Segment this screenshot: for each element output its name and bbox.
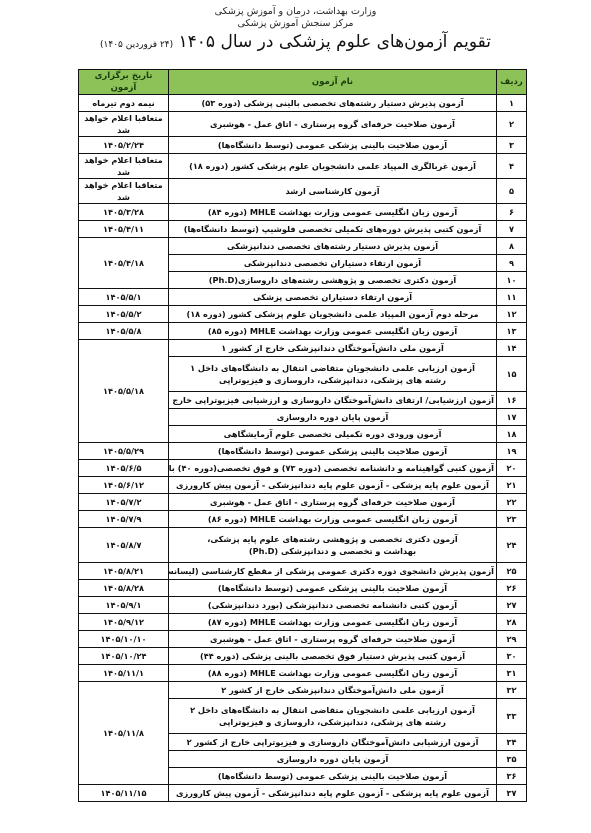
table-row: ۱آزمون پذیرش دستیار رشته‌های تخصصی بالین… bbox=[79, 95, 527, 112]
exam-name: آزمون صلاحیت بالینی پزشکی عمومی (توسط دا… bbox=[169, 137, 497, 154]
exam-name: آزمون ارزشیابی دانش‌آموختگان داروسازی و … bbox=[169, 734, 497, 751]
row-number: ۲۱ bbox=[497, 477, 527, 494]
row-number: ۷ bbox=[497, 221, 527, 238]
exam-date: ۱۴۰۵/۷/۹ bbox=[79, 511, 169, 528]
exam-date: ۱۴۰۵/۳/۲۸ bbox=[79, 204, 169, 221]
row-number: ۱۸ bbox=[497, 426, 527, 443]
table-row: ۲۹آزمون صلاحیت حرفه‌ای گروه پرستاری - ات… bbox=[79, 631, 527, 648]
exam-name-line1: آزمون پایان دوره داروسازی bbox=[277, 412, 389, 422]
exam-date: ۱۴۰۵/۸/۲۸ bbox=[79, 580, 169, 597]
exam-date: ۱۴۰۵/۱۱/۱ bbox=[79, 665, 169, 682]
exam-name-line1: آزمون زبان انگلیسی عمومی وزارت بهداشت MH… bbox=[208, 207, 457, 217]
row-number: ۹ bbox=[497, 255, 527, 272]
exam-date: ۱۴۰۵/۴/۱۸ bbox=[79, 238, 169, 289]
row-number: ۱۳ bbox=[497, 323, 527, 340]
exam-name-line1: آزمون کتبی پذیرش دستیار فوق تخصصی بالینی… bbox=[200, 651, 465, 661]
exam-name-line1: آزمون غربالگری المپیاد علمی دانشجویان عل… bbox=[189, 161, 476, 171]
row-number: ۳۳ bbox=[497, 699, 527, 734]
exam-name-line1: آزمون کتبی دانشنامه تخصصی دندانپزشکی (بو… bbox=[208, 600, 457, 610]
table-row: ۲۷آزمون کتبی دانشنامه تخصصی دندانپزشکی (… bbox=[79, 597, 527, 614]
exam-name-line1: آزمون ارزشیابی/ ارتقای دانش‌آموختگان دار… bbox=[169, 395, 495, 405]
table-row: ۸آزمون پذیرش دستیار رشته‌های تخصصی دندان… bbox=[79, 238, 527, 255]
exam-date: ۱۴۰۵/۵/۸ bbox=[79, 323, 169, 340]
col-header-date: تاریخ برگزاری آزمون bbox=[79, 70, 169, 95]
table-row: ۳۷آزمون علوم پایه پزشکی - آزمون علوم پای… bbox=[79, 785, 527, 802]
exam-name-line1: آزمون ملی دانش‌آموختگان دندانپزشکی خارج … bbox=[221, 343, 444, 353]
exam-date: ۱۴۰۵/۸/۲۱ bbox=[79, 563, 169, 580]
exam-name-line1: آزمون زبان انگلیسی عمومی وزارت بهداشت MH… bbox=[208, 514, 457, 524]
col-header-num: ردیف bbox=[497, 70, 527, 95]
row-number: ۲۹ bbox=[497, 631, 527, 648]
row-number: ۲۶ bbox=[497, 580, 527, 597]
table-row: ۲۸آزمون زبان انگلیسی عمومی وزارت بهداشت … bbox=[79, 614, 527, 631]
exam-name-line2: بهداشت و تخصصی و دندانپزشکی (Ph.D) bbox=[171, 545, 494, 557]
title-text: تقویم آزمون‌های علوم پزشکی در سال ۱۴۰۵ bbox=[179, 32, 491, 52]
table-row: ۱۱آزمون ارتقاء دستیاران تخصصی پزشکی۱۴۰۵/… bbox=[79, 289, 527, 306]
exam-name-line2: رشته های پزشکی، دندانپزشکی، داروسازی و ف… bbox=[171, 374, 494, 386]
exam-name: آزمون زبان انگلیسی عمومی وزارت بهداشت MH… bbox=[169, 511, 497, 528]
exam-name-line2: رشته های پزشکی، دندانپزشکی، داروسازی و ف… bbox=[171, 716, 494, 728]
table-row: ۵آزمون کارشناسی ارشدمتعاقبا اعلام خواهد … bbox=[79, 179, 527, 204]
table-row: ۱۳آزمون زبان انگلیسی عمومی وزارت بهداشت … bbox=[79, 323, 527, 340]
exam-name-line1: آزمون دکتری تخصصی و پژوهشی رشته‌های دارو… bbox=[209, 275, 456, 285]
exam-name-line1: آزمون ارتقاء دستیاران تخصصی پزشکی bbox=[253, 292, 412, 302]
exam-date: ۱۴۰۵/۵/۱ bbox=[79, 289, 169, 306]
exam-date: ۱۴۰۵/۶/۵ bbox=[79, 460, 169, 477]
table-row: ۲۵آزمون پذیرش دانشجوی دوره دکتری عمومی پ… bbox=[79, 563, 527, 580]
table-row: ۲۳آزمون زبان انگلیسی عمومی وزارت بهداشت … bbox=[79, 511, 527, 528]
exam-date: ۱۴۰۵/۵/۲ bbox=[79, 306, 169, 323]
table-row: ۳۱آزمون زبان انگلیسی عمومی وزارت بهداشت … bbox=[79, 665, 527, 682]
exam-name-line1: آزمون ارزیابی علمی دانشجویان متقاضی انتق… bbox=[190, 363, 475, 373]
exam-name-line1: آزمون صلاحیت حرفه‌ای گروه پرستاری - اتاق… bbox=[210, 497, 455, 507]
exam-name-line1: آزمون صلاحیت بالینی پزشکی عمومی (توسط دا… bbox=[218, 771, 447, 781]
exam-name: آزمون زبان انگلیسی عمومی وزارت بهداشت MH… bbox=[169, 665, 497, 682]
table-row: ۲۱آزمون علوم پایه پزشکی - آزمون علوم پای… bbox=[79, 477, 527, 494]
row-number: ۴ bbox=[497, 154, 527, 179]
title-date: (۲۴ فروردین ۱۴۰۵) bbox=[100, 40, 173, 50]
exam-date: ۱۴۰۵/۸/۷ bbox=[79, 528, 169, 563]
exam-date: ۱۴۰۵/۵/۲۹ bbox=[79, 443, 169, 460]
table-header-row: ردیف نام آزمون تاریخ برگزاری آزمون bbox=[79, 70, 527, 95]
exam-name: آزمون زبان انگلیسی عمومی وزارت بهداشت MH… bbox=[169, 323, 497, 340]
table-row: ۱۲مرحله دوم آزمون المپیاد علمی دانشجویان… bbox=[79, 306, 527, 323]
exam-name-line1: آزمون ارتقاء دستیاران تخصصی دندانپزشکی bbox=[244, 258, 421, 268]
exam-date: ۱۴۰۵/۱۰/۲۴ bbox=[79, 648, 169, 665]
row-number: ۳۱ bbox=[497, 665, 527, 682]
row-number: ۱۲ bbox=[497, 306, 527, 323]
exam-name: آزمون کتبی دانشنامه تخصصی دندانپزشکی (بو… bbox=[169, 597, 497, 614]
exam-name: آزمون علوم پایه پزشکی - آزمون علوم پایه … bbox=[169, 785, 497, 802]
exam-name-line1: آزمون ارزیابی علمی دانشجویان متقاضی انتق… bbox=[190, 705, 475, 715]
row-number: ۳۰ bbox=[497, 648, 527, 665]
table-row: ۳۲آزمون ملی دانش‌آموختگان دندانپزشکی خار… bbox=[79, 682, 527, 699]
row-number: ۳۲ bbox=[497, 682, 527, 699]
exam-name: آزمون صلاحیت حرفه‌ای گروه پرستاری - اتاق… bbox=[169, 631, 497, 648]
exam-name-line1: آزمون دکتری تخصصی و پژوهشی رشته‌های علوم… bbox=[207, 534, 457, 544]
row-number: ۲۳ bbox=[497, 511, 527, 528]
exam-name: آزمون صلاحیت حرفه‌ای گروه پرستاری - اتاق… bbox=[169, 494, 497, 511]
exam-name: آزمون ملی دانش‌آموختگان دندانپزشکی خارج … bbox=[169, 682, 497, 699]
exam-name: آزمون ارتقاء دستیاران تخصصی پزشکی bbox=[169, 289, 497, 306]
exam-name: آزمون صلاحیت حرفه‌ای گروه پرستاری - اتاق… bbox=[169, 112, 497, 137]
table-row: ۲۴آزمون دکتری تخصصی و پژوهشی رشته‌های عل… bbox=[79, 528, 527, 563]
exam-calendar-table: ردیف نام آزمون تاریخ برگزاری آزمون ۱آزمو… bbox=[78, 69, 527, 802]
exam-date: ۱۴۰۵/۴/۱۱ bbox=[79, 221, 169, 238]
exam-name: آزمون پایان دوره داروسازی bbox=[169, 409, 497, 426]
row-number: ۶ bbox=[497, 204, 527, 221]
row-number: ۳۵ bbox=[497, 751, 527, 768]
table-row: ۶آزمون زبان انگلیسی عمومی وزارت بهداشت M… bbox=[79, 204, 527, 221]
row-number: ۱۵ bbox=[497, 357, 527, 392]
exam-name: آزمون ارزیابی علمی دانشجویان متقاضی انتق… bbox=[169, 357, 497, 392]
table-row: ۴آزمون غربالگری المپیاد علمی دانشجویان ع… bbox=[79, 154, 527, 179]
exam-name: آزمون کتبی گواهینامه و دانشنامه تخصصی (د… bbox=[169, 460, 497, 477]
row-number: ۱۰ bbox=[497, 272, 527, 289]
exam-name: آزمون ملی دانش‌آموختگان دندانپزشکی خارج … bbox=[169, 340, 497, 357]
row-number: ۳۴ bbox=[497, 734, 527, 751]
exam-name: آزمون زبان انگلیسی عمومی وزارت بهداشت MH… bbox=[169, 614, 497, 631]
row-number: ۵ bbox=[497, 179, 527, 204]
exam-date: ۱۴۰۵/۹/۱۲ bbox=[79, 614, 169, 631]
exam-name-line1: آزمون ورودی دوره تکمیلی تخصصی علوم آزمای… bbox=[224, 429, 442, 439]
exam-name-line1: آزمون پذیرش دستیار رشته‌های تخصصی بالینی… bbox=[201, 98, 463, 108]
table-row: ۱۴آزمون ملی دانش‌آموختگان دندانپزشکی خار… bbox=[79, 340, 527, 357]
exam-date: ۱۴۰۵/۱۱/۸ bbox=[79, 682, 169, 785]
exam-name: آزمون صلاحیت بالینی پزشکی عمومی (توسط دا… bbox=[169, 443, 497, 460]
row-number: ۳۷ bbox=[497, 785, 527, 802]
row-number: ۱۷ bbox=[497, 409, 527, 426]
row-number: ۲۸ bbox=[497, 614, 527, 631]
exam-name: آزمون پذیرش دانشجوی دوره دکتری عمومی پزش… bbox=[169, 563, 497, 580]
exam-name-line1: آزمون صلاحیت بالینی پزشکی عمومی (توسط دا… bbox=[218, 583, 447, 593]
exam-name-line1: آزمون پایان دوره داروسازی bbox=[277, 754, 389, 764]
exam-name-line1: آزمون پذیرش دانشجوی دوره دکتری عمومی پزش… bbox=[169, 566, 495, 576]
row-number: ۳ bbox=[497, 137, 527, 154]
row-number: ۳۶ bbox=[497, 768, 527, 785]
exam-name-line1: آزمون صلاحیت حرفه‌ای گروه پرستاری - اتاق… bbox=[210, 634, 455, 644]
exam-date: متعاقبا اعلام خواهد شد bbox=[79, 179, 169, 204]
exam-name-line1: آزمون صلاحیت بالینی پزشکی عمومی (توسط دا… bbox=[218, 140, 447, 150]
row-number: ۲ bbox=[497, 112, 527, 137]
exam-date: ۱۴۰۵/۵/۱۸ bbox=[79, 340, 169, 443]
exam-date: ۱۴۰۵/۶/۱۲ bbox=[79, 477, 169, 494]
exam-name: آزمون کتبی پذیرش دوره‌های تکمیلی تخصصی ف… bbox=[169, 221, 497, 238]
row-number: ۲۰ bbox=[497, 460, 527, 477]
exam-name: آزمون پذیرش دستیار رشته‌های تخصصی بالینی… bbox=[169, 95, 497, 112]
row-number: ۲۵ bbox=[497, 563, 527, 580]
exam-date: ۱۴۰۵/۱۰/۱۰ bbox=[79, 631, 169, 648]
exam-name-line1: آزمون علوم پایه پزشکی - آزمون علوم پایه … bbox=[176, 480, 489, 490]
exam-name: آزمون پایان دوره داروسازی bbox=[169, 751, 497, 768]
exam-name: آزمون پذیرش دستیار رشته‌های تخصصی دندانپ… bbox=[169, 238, 497, 255]
center-name: مرکز سنجش آموزش پزشکی bbox=[0, 18, 591, 30]
exam-date: ۱۴۰۵/۷/۲ bbox=[79, 494, 169, 511]
exam-name: آزمون ارزشیابی/ ارتقای دانش‌آموختگان دار… bbox=[169, 392, 497, 409]
table-row: ۲۲آزمون صلاحیت حرفه‌ای گروه پرستاری - ات… bbox=[79, 494, 527, 511]
table-row: ۳۰آزمون کتبی پذیرش دستیار فوق تخصصی بالی… bbox=[79, 648, 527, 665]
ministry-name: وزارت بهداشت، درمان و آموزش پزشکی bbox=[0, 6, 591, 18]
row-number: ۱ bbox=[497, 95, 527, 112]
exam-date: متعاقبا اعلام خواهد شد bbox=[79, 154, 169, 179]
exam-name-line1: آزمون زبان انگلیسی عمومی وزارت بهداشت MH… bbox=[208, 668, 457, 678]
exam-name: آزمون دکتری تخصصی و پژوهشی رشته‌های دارو… bbox=[169, 272, 497, 289]
exam-name: آزمون ارزیابی علمی دانشجویان متقاضی انتق… bbox=[169, 699, 497, 734]
document-header: وزارت بهداشت، درمان و آموزش پزشکی مرکز س… bbox=[0, 6, 591, 56]
exam-name: آزمون صلاحیت بالینی پزشکی عمومی (توسط دا… bbox=[169, 580, 497, 597]
exam-name: آزمون ارتقاء دستیاران تخصصی دندانپزشکی bbox=[169, 255, 497, 272]
exam-name: آزمون غربالگری المپیاد علمی دانشجویان عل… bbox=[169, 154, 497, 179]
exam-name: مرحله دوم آزمون المپیاد علمی دانشجویان ع… bbox=[169, 306, 497, 323]
exam-date: نیمه دوم تیرماه bbox=[79, 95, 169, 112]
exam-name-line1: آزمون پذیرش دستیار رشته‌های تخصصی دندانپ… bbox=[227, 241, 438, 251]
exam-name: آزمون ورودی دوره تکمیلی تخصصی علوم آزمای… bbox=[169, 426, 497, 443]
exam-date: متعاقبا اعلام خواهد شد bbox=[79, 112, 169, 137]
row-number: ۱۹ bbox=[497, 443, 527, 460]
exam-date: ۱۴۰۵/۱۱/۱۵ bbox=[79, 785, 169, 802]
exam-name-line1: مرحله دوم آزمون المپیاد علمی دانشجویان ع… bbox=[186, 309, 478, 319]
page-title: تقویم آزمون‌های علوم پزشکی در سال ۱۴۰۵ (… bbox=[0, 31, 591, 56]
row-number: ۱۴ bbox=[497, 340, 527, 357]
exam-date: ۱۴۰۵/۲/۲۴ bbox=[79, 137, 169, 154]
exam-name: آزمون کتبی پذیرش دستیار فوق تخصصی بالینی… bbox=[169, 648, 497, 665]
table-row: ۲۰آزمون کتبی گواهینامه و دانشنامه تخصصی … bbox=[79, 460, 527, 477]
exam-name-line1: آزمون کتبی پذیرش دوره‌های تکمیلی تخصصی ف… bbox=[184, 224, 482, 234]
exam-name: آزمون کارشناسی ارشد bbox=[169, 179, 497, 204]
row-number: ۸ bbox=[497, 238, 527, 255]
table-row: ۳آزمون صلاحیت بالینی پزشکی عمومی (توسط د… bbox=[79, 137, 527, 154]
exam-name-line1: آزمون صلاحیت حرفه‌ای گروه پرستاری - اتاق… bbox=[210, 119, 455, 129]
exam-name-line1: آزمون ملی دانش‌آموختگان دندانپزشکی خارج … bbox=[221, 685, 444, 695]
exam-name-line1: آزمون ارزشیابی دانش‌آموختگان داروسازی و … bbox=[187, 737, 479, 747]
row-number: ۱۶ bbox=[497, 392, 527, 409]
exam-name-line1: آزمون کتبی گواهینامه و دانشنامه تخصصی (د… bbox=[169, 463, 495, 473]
exam-name: آزمون دکتری تخصصی و پژوهشی رشته‌های علوم… bbox=[169, 528, 497, 563]
table-row: ۲آزمون صلاحیت حرفه‌ای گروه پرستاری - اتا… bbox=[79, 112, 527, 137]
exam-name-line1: آزمون صلاحیت بالینی پزشکی عمومی (توسط دا… bbox=[218, 446, 447, 456]
exam-name: آزمون صلاحیت بالینی پزشکی عمومی (توسط دا… bbox=[169, 768, 497, 785]
exam-name-line1: آزمون کارشناسی ارشد bbox=[285, 186, 379, 196]
exam-name-line1: آزمون زبان انگلیسی عمومی وزارت بهداشت MH… bbox=[208, 326, 457, 336]
table-row: ۷آزمون کتبی پذیرش دوره‌های تکمیلی تخصصی … bbox=[79, 221, 527, 238]
exam-name-line1: آزمون زبان انگلیسی عمومی وزارت بهداشت MH… bbox=[208, 617, 457, 627]
exam-name-line1: آزمون علوم پایه پزشکی - آزمون علوم پایه … bbox=[176, 788, 489, 798]
exam-name: آزمون زبان انگلیسی عمومی وزارت بهداشت MH… bbox=[169, 204, 497, 221]
col-header-name: نام آزمون bbox=[169, 70, 497, 95]
table-row: ۲۶آزمون صلاحیت بالینی پزشکی عمومی (توسط … bbox=[79, 580, 527, 597]
table-row: ۱۹آزمون صلاحیت بالینی پزشکی عمومی (توسط … bbox=[79, 443, 527, 460]
row-number: ۲۲ bbox=[497, 494, 527, 511]
row-number: ۱۱ bbox=[497, 289, 527, 306]
exam-date: ۱۴۰۵/۹/۱ bbox=[79, 597, 169, 614]
exam-name: آزمون علوم پایه پزشکی - آزمون علوم پایه … bbox=[169, 477, 497, 494]
row-number: ۲۴ bbox=[497, 528, 527, 563]
row-number: ۲۷ bbox=[497, 597, 527, 614]
